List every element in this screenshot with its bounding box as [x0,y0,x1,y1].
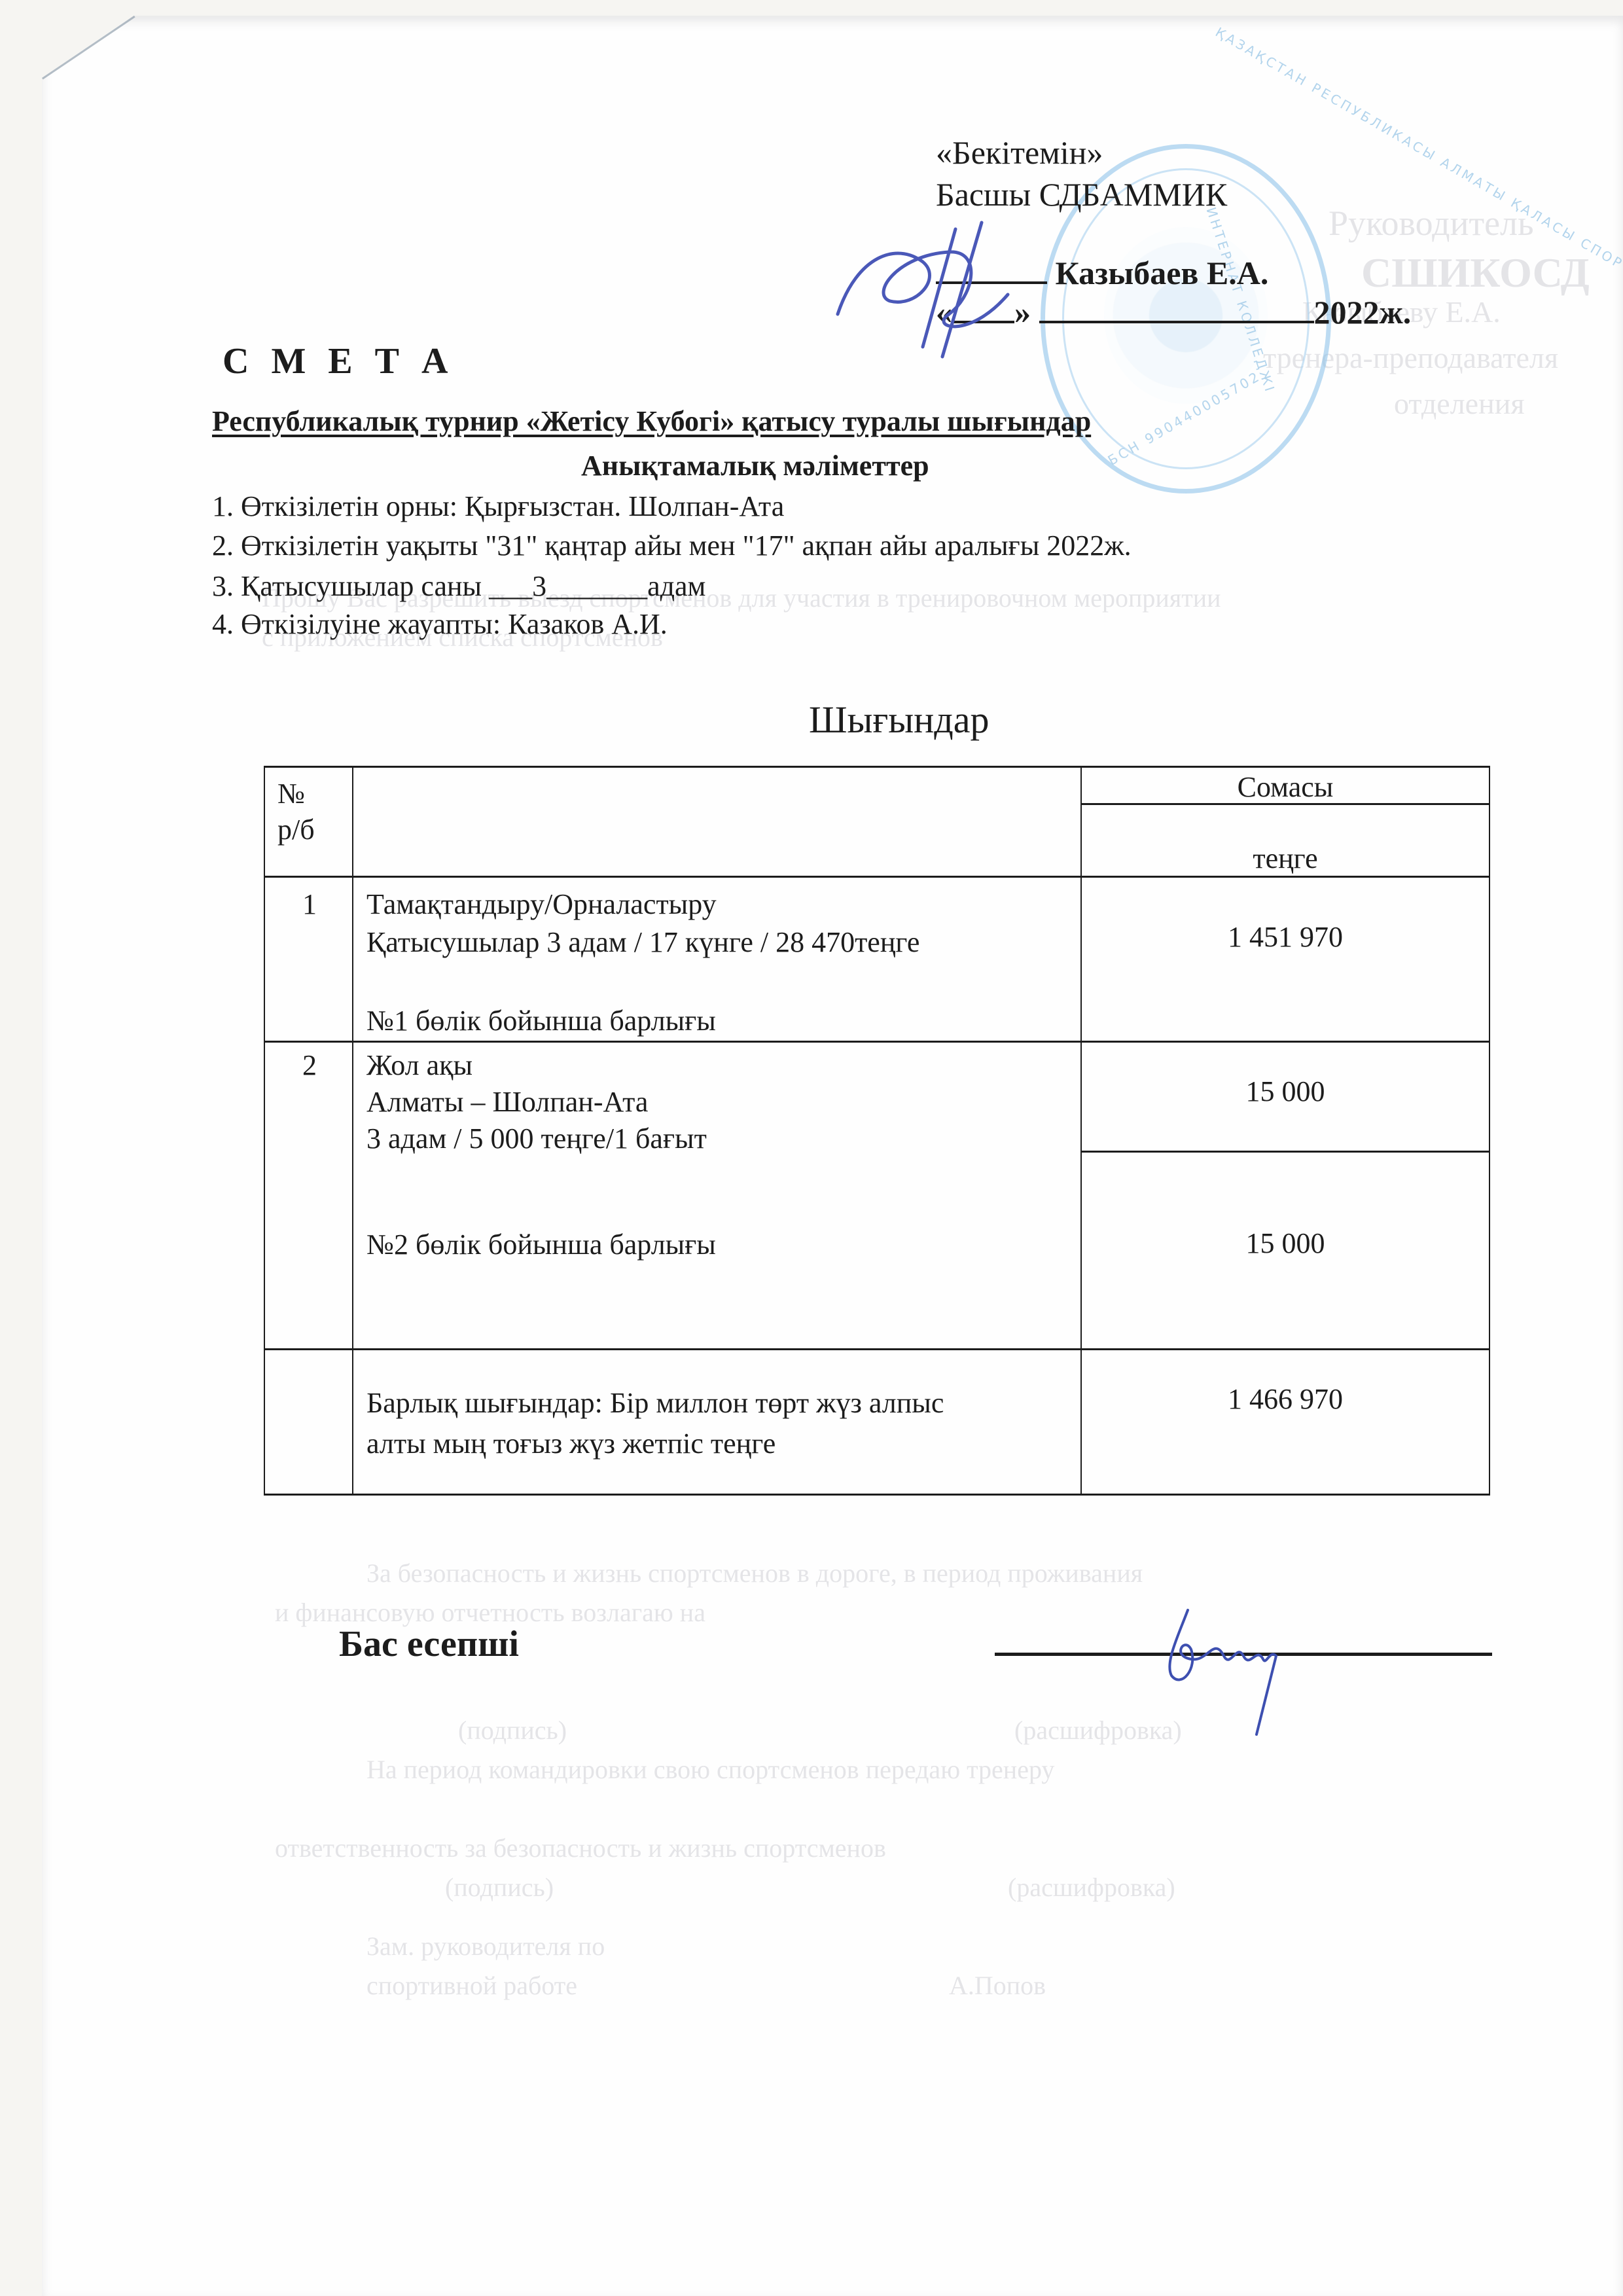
row-subtotal-amount: 15 000 [1082,1225,1489,1261]
row-description-line: 3 адам / 5 000 теңге/1 бағыт [366,1121,707,1157]
info-heading: Анықтамалық мәліметтер [581,449,929,482]
info-item-participants: 3. Қатысушылар саны ___3_______адам [212,569,705,603]
row-description-line: Тамақтандыру/Орналастыру [366,886,717,922]
row-amount: 15 000 [1082,1073,1489,1109]
document-subtitle: Республикалық турнир «Жетісу Кубогі» қат… [212,404,1091,438]
row-description-line: Алматы – Шолпан-Ата [366,1084,648,1120]
approve-label: «Бекітемін» [936,136,1103,169]
director-signature [818,216,1047,367]
header-amount: Сомасы [1082,769,1489,805]
row-description-line: Қатысушылар 3 адам / 17 күнге / 28 470те… [366,924,919,960]
approver-name: Казыбаев Е.А. [1056,255,1269,291]
document-title: С М Е Т А [223,340,454,382]
date-month-blank [1039,321,1314,323]
row-subtotal-label: №2 бөлік бойынша барлығы [366,1227,716,1263]
row-description-line: Жол ақы [366,1047,473,1083]
row-number: 1 [302,886,317,922]
accountant-label: Бас есепші [339,1623,519,1665]
total-label-line: Барлық шығындар: Бір миллон төрт жүз алп… [366,1385,944,1421]
expenses-heading: Шығындар [809,698,990,742]
info-item-location: 1. Өткізілетін орны: Қырғызстан. Шолпан-… [212,490,784,523]
header-currency: теңге [1082,840,1489,876]
total-amount: 1 466 970 [1082,1381,1489,1417]
total-label-line: алты мың тоғыз жүз жетпіс теңге [366,1426,776,1462]
row-amount: 1 451 970 [1082,919,1489,955]
row-number: 2 [302,1047,317,1083]
row-subtotal-label: №1 бөлік бойынша барлығы [366,1003,716,1039]
info-item-responsible: 4. Өткізілуіне жауапты: Казаков А.И. [212,607,668,641]
info-item-dates: 2. Өткізілетін уақыты "31" қаңтар айы ме… [212,529,1132,562]
approval-year: 2022ж. [1314,294,1412,331]
accountant-signature [1152,1597,1309,1741]
approver-position: Басшы СДБАММИК [936,178,1227,211]
header-number: № р/б [277,776,315,848]
